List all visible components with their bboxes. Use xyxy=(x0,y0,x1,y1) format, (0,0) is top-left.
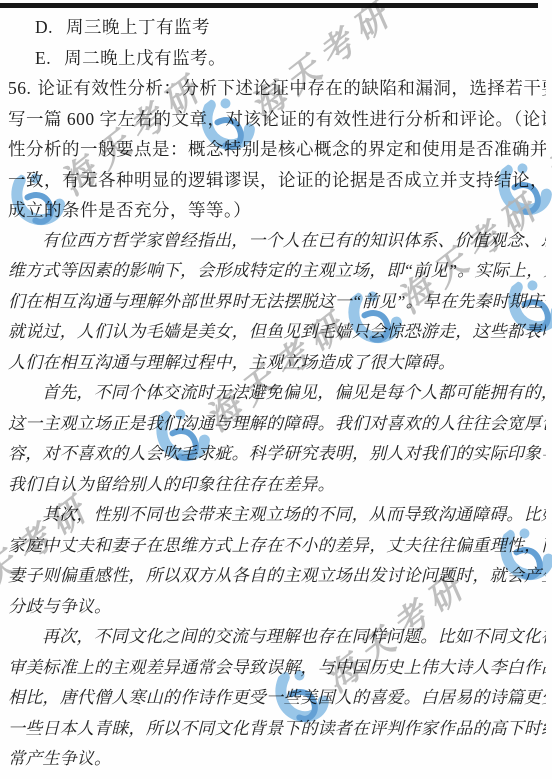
passage-line: 再次，不同文化之间的交流与理解也存在同样问题。比如不同文化在 xyxy=(8,622,546,653)
question-number: 56. xyxy=(8,78,31,98)
option-label: E. xyxy=(35,48,51,68)
passage-line: 其次，性别不同也会带来主观立场的不同，从而导致沟通障碍。比如， xyxy=(8,500,546,531)
stem-line-text: 写一篇 600 字左右的文章，对该论证的有效性进行分析和评论。（论证有效 xyxy=(8,109,546,129)
stem-line: 写一篇 600 字左右的文章，对该论证的有效性进行分析和评论。（论证有效 xyxy=(8,104,546,135)
stem-line-text: 一致，有无各种明显的逻辑谬误，论证的论据是否成立并支持结论，结论 xyxy=(8,170,546,190)
passage-line: 分歧与争议。 xyxy=(8,592,546,623)
passage-line: 家庭中丈夫和妻子在思维方式上存在不小的差异，丈夫往往偏重理性，而 xyxy=(8,531,546,562)
passage-line: 人们在相互沟通与理解过程中，主观立场造成了很大障碍。 xyxy=(8,348,546,379)
passage-line: 容，对不喜欢的人会吹毛求疵。科学研究表明，别人对我们的实际印象与 xyxy=(8,439,546,470)
passage-line: 我们自认为留给别人的印象往往存在差异。 xyxy=(8,470,546,501)
question-content: D.周三晚上丁有监考 E.周二晚上戊有监考。 56.论证有效性分析：分析下述论证… xyxy=(0,0,552,775)
option-label: D. xyxy=(35,17,53,37)
passage-line: 妻子则偏重感性，所以双方从各自的主观立场出发讨论问题时，就会产生 xyxy=(8,561,546,592)
stem-line: 一致，有无各种明显的逻辑谬误，论证的论据是否成立并支持结论，结论 xyxy=(8,165,546,196)
passage-line: 这一主观立场正是我们沟通与理解的障碍。我们对喜欢的人往往会宽厚包 xyxy=(8,409,546,440)
passage-line: 们在相互沟通与理解外部世界时无法摆脱这一“前见”。早在先秦时期庄子 xyxy=(8,287,546,318)
passage-line: 审美标准上的主观差异通常会导致误解，与中国历史上伟大诗人李白作品 xyxy=(8,653,546,684)
question-stem: 56.论证有效性分析：分析下述论证中存在的缺陷和漏洞，选择若干要点，写一篇 60… xyxy=(8,73,546,226)
passage-line: 维方式等因素的影响下，会形成特定的主观立场，即“前见”。实际上，人 xyxy=(8,256,546,287)
passage-line: 常产生争议。 xyxy=(8,744,546,775)
stem-line: 性分析的一般要点是：概念特别是核心概念的界定和使用是否准确并前后 xyxy=(8,134,546,165)
stem-line: 成立的条件是否充分，等等。） xyxy=(8,195,546,226)
passage-line: 相比，唐代僧人寒山的作诗作更受一些美国人的喜爱。白居易的诗篇更受 xyxy=(8,683,546,714)
option-text: 周三晚上丁有监考 xyxy=(66,17,210,37)
passage-line: 有位西方哲学家曾经指出，一个人在已有的知识体系、价值观念、思 xyxy=(8,226,546,257)
passage-line: 首先，不同个体交流时无法避免偏见，偏见是每个人都可能拥有的， xyxy=(8,378,546,409)
argument-passage: 有位西方哲学家曾经指出，一个人在已有的知识体系、价值观念、思维方式等因素的影响下… xyxy=(8,226,546,775)
stem-line-text: 成立的条件是否充分，等等。） xyxy=(8,200,251,220)
scanned-exam-page: D.周三晚上丁有监考 E.周二晚上戊有监考。 56.论证有效性分析：分析下述论证… xyxy=(0,0,552,779)
passage-line: 就说过，人们认为毛嫱是美女，但鱼见到毛嫱只会惊恐游走，这些都表明， xyxy=(8,317,546,348)
answer-option-e: E.周二晚上戊有监考。 xyxy=(8,43,546,74)
stem-line-text: 性分析的一般要点是：概念特别是核心概念的界定和使用是否准确并前后 xyxy=(8,139,546,159)
passage-line: 一些日本人青睐，所以不同文化背景下的读者在评判作家作品的高下时经 xyxy=(8,714,546,745)
option-text: 周二晚上戊有监考。 xyxy=(64,48,226,68)
stem-line-text: 论证有效性分析：分析下述论证中存在的缺陷和漏洞，选择若干要点， xyxy=(37,78,546,98)
answer-option-d: D.周三晚上丁有监考 xyxy=(8,12,546,43)
stem-line: 56.论证有效性分析：分析下述论证中存在的缺陷和漏洞，选择若干要点， xyxy=(8,73,546,104)
